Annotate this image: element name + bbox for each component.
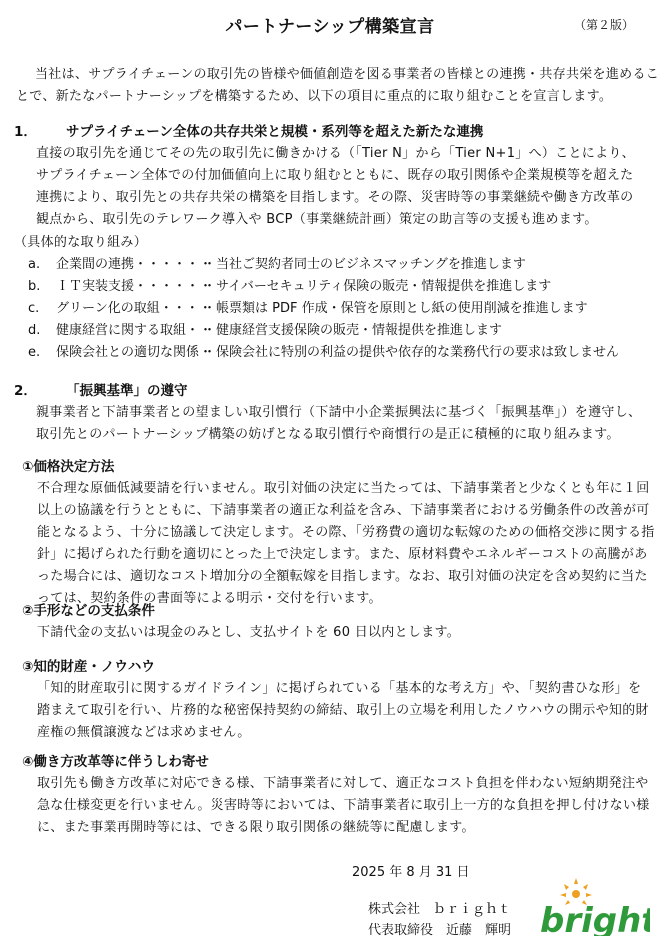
- initiative-letter: b.: [28, 276, 56, 298]
- section-1-number: 1．: [14, 121, 66, 143]
- section-1-line-4: 観点から、取引先のテレワーク導入や BCP（事業継続計画）策定の助言等の支援も進…: [36, 209, 598, 231]
- initiative-name: グリーン化の取組・・・・: [56, 298, 203, 320]
- representative-name: 代表取締役 近藤 輝明: [368, 920, 511, 941]
- initiative-letter: a.: [28, 254, 56, 276]
- subsection-2-line-1: 下請代金の支払いは現金のみとし、支払サイトを 60 日以内とします。: [37, 622, 460, 644]
- section-2-number: 2．: [14, 380, 66, 402]
- initiative-desc: ・サイバーセキュリティ保険の販売・情報提供を推進します: [203, 279, 551, 294]
- subsection-3-heading: ③知的財産・ノウハウ: [22, 656, 155, 678]
- bright-logo: bright: [538, 876, 650, 936]
- initiative-item-b: b.ＩＴ実装支援・・・・・・・サイバーセキュリティ保険の販売・情報提供を推進しま…: [28, 276, 551, 298]
- initiative-item-d: d.健康経営に関する取組・・・健康経営支援保険の販売・情報提供を推進します: [28, 320, 502, 342]
- subsection-1-line-1: 不合理な原価低減要請を行いません。取引対価の決定に当たっては、下請事業者と少なく…: [37, 478, 650, 500]
- subsection-3-line-1: 「知的財産取引に関するガイドライン」に掲げられている「基本的な考え方」や、「契約…: [37, 678, 641, 700]
- intro-line-2: とで、新たなパートナーシップを構築するため、以下の項目に重点的に取り組むことを宣…: [16, 86, 612, 108]
- document-title: パートナーシップ構築宣言: [0, 12, 660, 37]
- initiative-letter: d.: [28, 320, 56, 342]
- initiative-desc: ・当社ご契約者同士のビジネスマッチングを推進します: [203, 257, 526, 272]
- subsection-4-line-1: 取引先も働き方改革に対応できる様、下請事業者に対して、適正なコスト負担を伴わない…: [37, 773, 649, 795]
- initiative-desc: ・帳票類は PDF 作成・保管を原則とし紙の使用削減を推進します: [203, 301, 588, 316]
- initiative-name: 保険会社との適切な関係・: [56, 342, 203, 364]
- initiative-item-c: c.グリーン化の取組・・・・・帳票類は PDF 作成・保管を原則とし紙の使用削減…: [28, 298, 588, 320]
- subsection-3-line-2: 踏まえて取引を行い、片務的な秘密保持契約の締結、取引上の立場を利用したノウハウの…: [37, 700, 649, 722]
- initiative-letter: e.: [28, 342, 56, 364]
- section-1-title: サプライチェーン全体の共存共栄と規模・系列等を超えた新たな連携: [66, 124, 483, 140]
- subsection-4-heading: ④働き方改革等に伴うしわ寄せ: [22, 751, 209, 773]
- section-2-heading: 2．「振興基準」の遵守: [14, 380, 188, 402]
- company-name: 株式会社 ｂｒｉｇｈｔ: [368, 899, 511, 920]
- intro-line-1: 当社は、サプライチェーンの取引先の皆様や価値創造を図る事業者の皆様との連携・共存…: [35, 64, 659, 86]
- edition-label: （第２版）: [574, 16, 634, 33]
- subsection-1-heading: ①価格決定方法: [22, 456, 114, 478]
- initiative-desc: ・健康経営支援保険の販売・情報提供を推進します: [203, 323, 502, 338]
- initiative-desc: ・保険会社に特別の利益の提供や依存的な業務代行の要求は致しません: [203, 345, 619, 360]
- subsection-1-line-5: った場合には、適切なコスト増加分の全額転嫁を目指します。なお、取引対価の決定を含…: [37, 566, 648, 588]
- initiative-name: 企業間の連携・・・・・・: [56, 254, 203, 276]
- section-1-line-1: 直接の取引先を通じてその先の取引先に働きかける（「Tier N」から「Tier …: [36, 143, 635, 165]
- subsection-4-line-3: に、また事業再開時等には、できる限り取引関係の継続等に配慮します。: [37, 817, 475, 839]
- initiative-item-e: e.保険会社との適切な関係・・保険会社に特別の利益の提供や依存的な業務代行の要求…: [28, 342, 619, 364]
- subsection-1-line-3: 能となるよう、十分に協議して決定します。その際、「労務費の適切な転嫁のための価格…: [37, 522, 655, 544]
- initiative-item-a: a.企業間の連携・・・・・・・当社ご契約者同士のビジネスマッチングを推進します: [28, 254, 526, 276]
- declaration-page: パートナーシップ構築宣言 （第２版） 当社は、サプライチェーンの取引先の皆様や価…: [0, 0, 660, 946]
- section-1-heading: 1．サプライチェーン全体の共存共栄と規模・系列等を超えた新たな連携: [14, 121, 483, 143]
- initiative-letter: c.: [28, 298, 56, 320]
- section-2-line-2: 取引先とのパートナーシップ構築の妨げとなる取引慣行や商慣行の是正に積極的に取り組…: [36, 424, 620, 446]
- subsection-1-line-4: 針」に掲げられた行動を適切にとった上で決定します。また、原材料費やエネルギーコス…: [37, 544, 648, 566]
- section-2-line-1: 親事業者と下請事業者との望ましい取引慣行（下請中小企業振興法に基づく「振興基準」…: [36, 402, 641, 424]
- subsection-1-line-2: 以上の協議を行うとともに、下請事業者の適正な利益を含み、下請事業者における労働条…: [37, 500, 650, 522]
- section-2-title: 「振興基準」の遵守: [66, 383, 188, 399]
- initiative-name: 健康経営に関する取組・・: [56, 320, 203, 342]
- initiative-name: ＩＴ実装支援・・・・・・: [56, 276, 203, 298]
- initiatives-label: （具体的な取り組み）: [14, 232, 147, 254]
- sun-icon: bright: [538, 876, 650, 936]
- section-1-line-3: 連携により、取引先との共存共栄の構築を目指します。その際、災害時等の事業継続や働…: [36, 187, 633, 209]
- section-1-line-2: サプライチェーン全体での付加価値向上に取り組むとともに、既存の取引関係や企業規模…: [36, 165, 633, 187]
- subsection-4-line-2: 急な仕様変更を行いません。災害時等においては、下請事業者に取引上一方的な負担を押…: [37, 795, 650, 817]
- subsection-3-line-3: 産権の無償譲渡などは求めません。: [37, 722, 251, 744]
- subsection-2-heading: ②手形などの支払条件: [22, 600, 155, 622]
- logo-text: bright: [540, 901, 650, 936]
- declaration-date: 2025 年 8 月 31 日: [352, 862, 470, 883]
